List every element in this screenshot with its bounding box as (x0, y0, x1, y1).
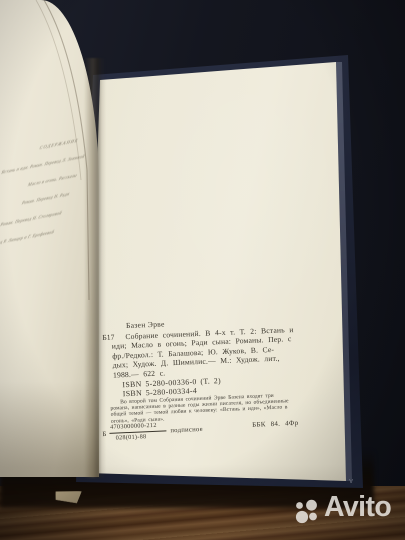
avito-wordmark: Avito (324, 491, 391, 523)
book-photo-scene: v Базен Эрве Б17 Собрание сочинений. В 4… (0, 0, 405, 540)
avito-watermark: Avito (292, 491, 391, 525)
avito-logo-icon (292, 497, 321, 525)
colophon-numerator: 4703000000-212 (110, 422, 157, 431)
cover-corner-mark: v (349, 477, 353, 485)
page-gutter (84, 58, 106, 478)
colophon-note: подписное (170, 426, 203, 434)
author-name: Базен Эрве (126, 319, 165, 330)
bbk-code: ББК 84. 4Фр (252, 419, 298, 428)
colophon-denominator: 028(01)-88 (115, 433, 146, 441)
bibliographic-block: Базен Эрве Б17 Собрание сочинений. В 4-х… (93, 308, 328, 453)
